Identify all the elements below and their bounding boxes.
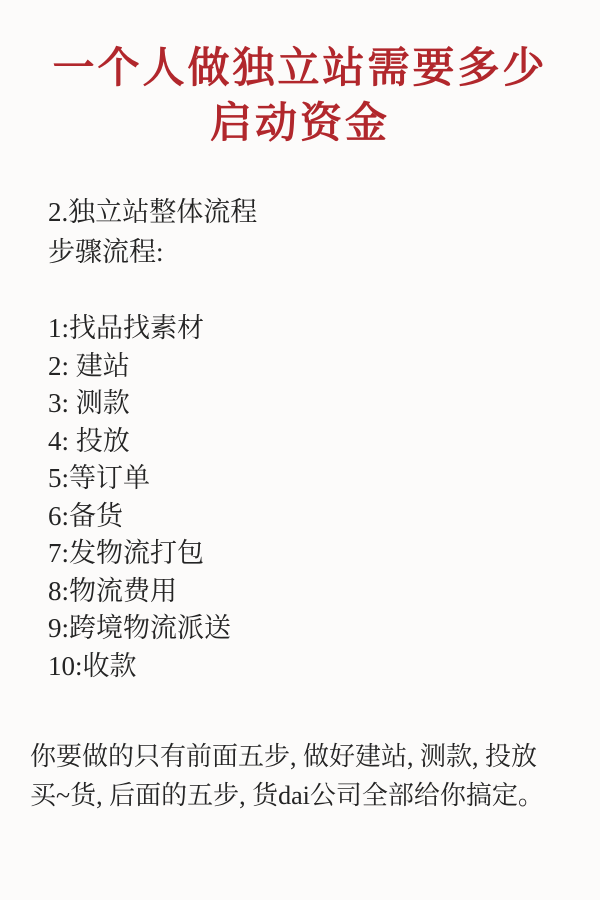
step-item-9: 9:跨境物流派送 <box>48 610 600 648</box>
page-title-line-2: 启动资金 <box>210 101 390 147</box>
intro-heading: 2.独立站整体流程 <box>48 192 600 232</box>
step-item-1: 1:找品找素材 <box>48 310 600 348</box>
step-item-8: 8:物流费用 <box>48 573 600 611</box>
step-item-6: 6:备货 <box>48 498 600 536</box>
step-item-5: 5:等订单 <box>48 460 600 498</box>
step-item-10: 10:收款 <box>48 648 600 686</box>
step-item-2: 2: 建站 <box>48 348 600 386</box>
step-item-7: 7:发物流打包 <box>48 535 600 573</box>
step-item-4: 4: 投放 <box>48 423 600 461</box>
note-page: 一个人做独立站需要多少 启动资金 2.独立站整体流程 步骤流程: 1:找品找素材… <box>0 0 600 900</box>
section-intro: 2.独立站整体流程 步骤流程: <box>48 192 600 272</box>
intro-subheading: 步骤流程: <box>48 232 600 272</box>
closing-paragraph: 你要做的只有前面五步, 做好建站, 测款, 投放 买~货, 后面的五步, 货da… <box>30 737 600 815</box>
page-title: 一个人做独立站需要多少 启动资金 <box>0 0 600 152</box>
page-title-line-1: 一个人做独立站需要多少 <box>52 46 547 92</box>
step-item-3: 3: 测款 <box>48 385 600 423</box>
closing-line-1: 你要做的只有前面五步, 做好建站, 测款, 投放 <box>30 737 600 776</box>
steps-list: 1:找品找素材 2: 建站 3: 测款 4: 投放 5:等订单 6:备货 7:发… <box>48 310 600 685</box>
closing-line-2: 买~货, 后面的五步, 货dai公司全部给你搞定。 <box>30 776 600 815</box>
